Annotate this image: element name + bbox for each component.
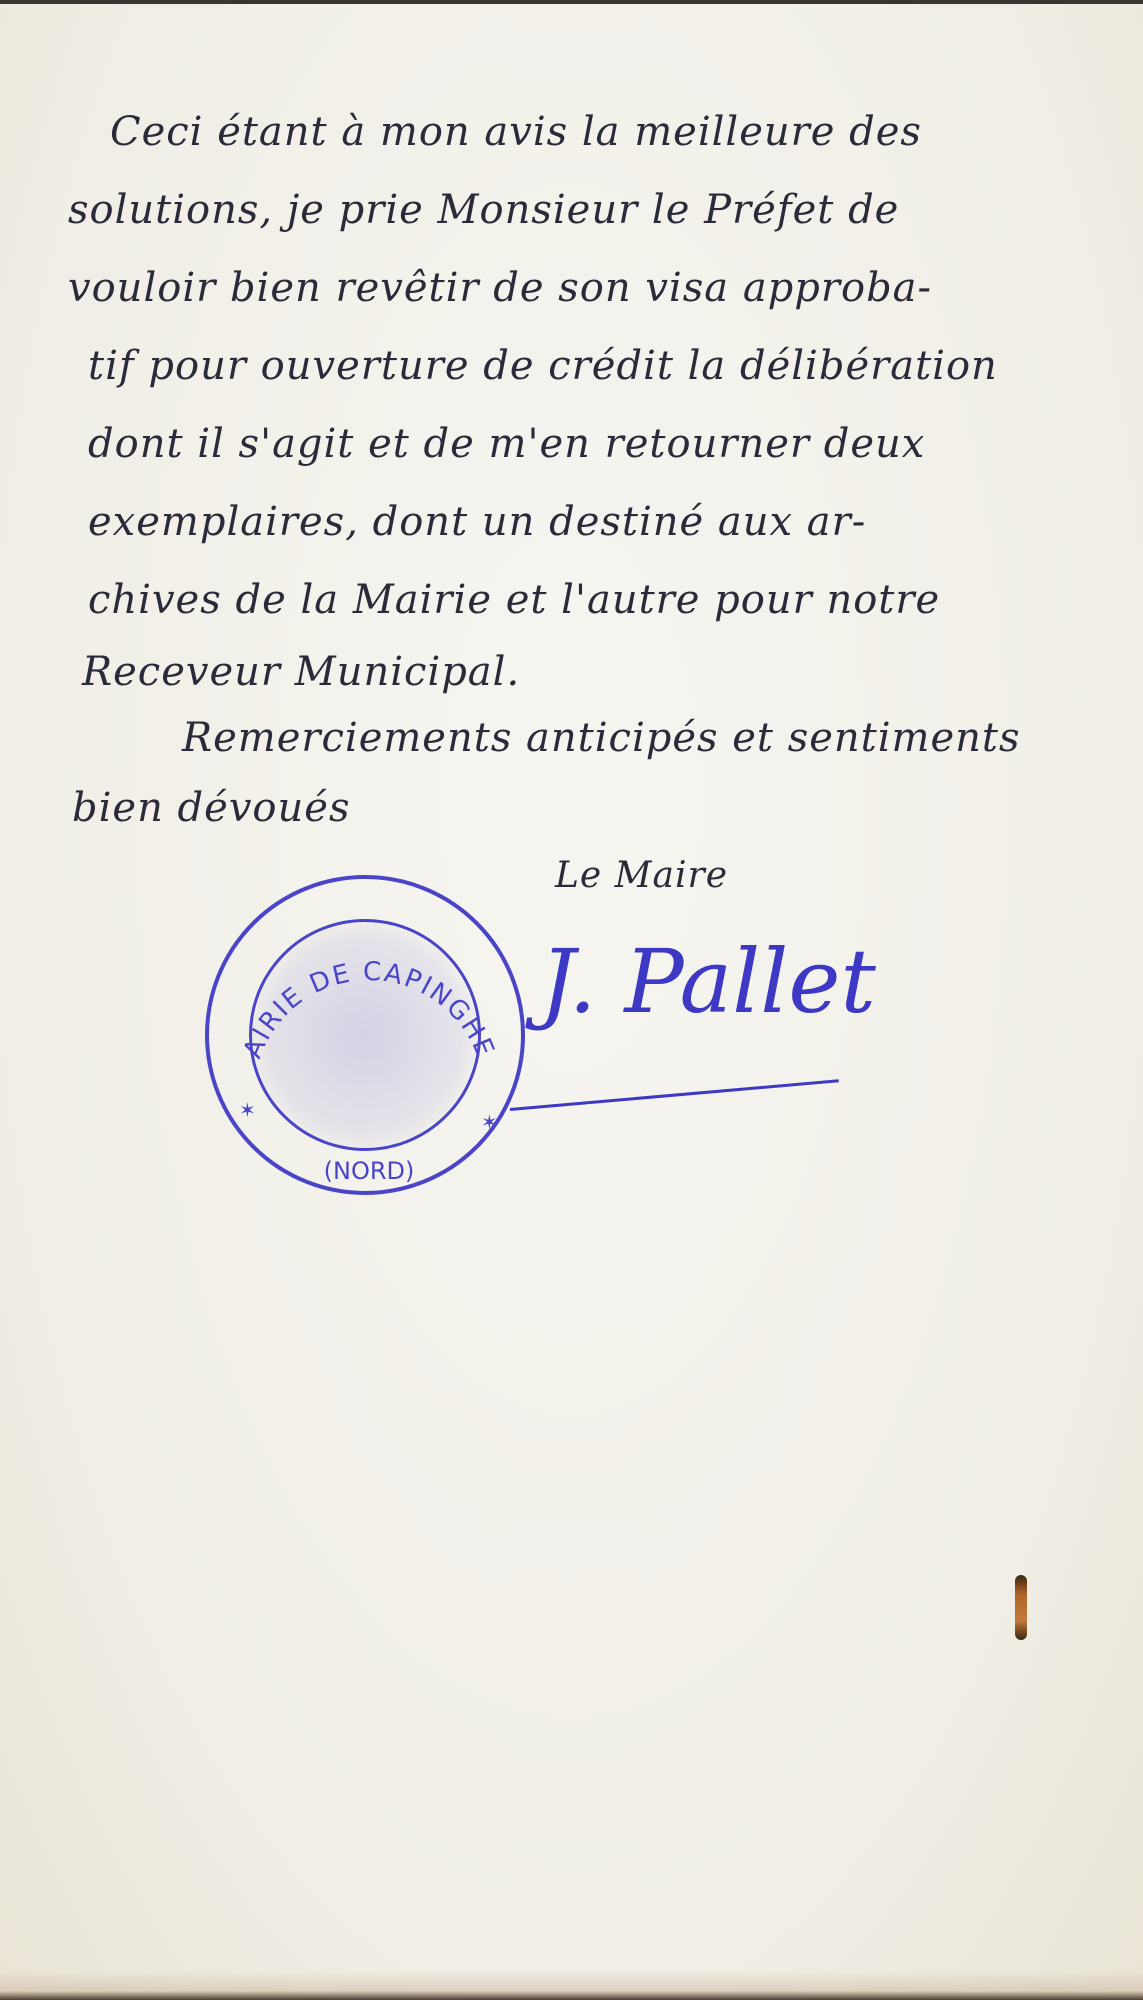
star-icon: ✶: [239, 1098, 256, 1122]
svg-text:MAIRIE DE CAPINGHEM: MAIRIE DE CAPINGHEM: [209, 879, 500, 1063]
letter-line: exemplaires, dont un destiné aux ar-: [88, 502, 866, 542]
closing-line: bien dévoués: [72, 788, 350, 828]
top-edge: [0, 0, 1143, 4]
rust-stain: [1015, 1575, 1027, 1640]
stamp-bottom-text: (NORD): [324, 1157, 415, 1185]
letter-line: vouloir bien revêtir de son visa approba…: [68, 268, 932, 308]
letter-line: Receveur Municipal.: [82, 652, 520, 692]
closing-line: Remerciements anticipés et sentiments: [182, 718, 1021, 758]
letter-line: Ceci étant à mon avis la meilleure des: [110, 112, 922, 152]
star-icon: ✶: [481, 1110, 498, 1134]
stamp-text-ring: MAIRIE DE CAPINGHEM (NORD) ✶ ✶: [209, 879, 529, 1199]
letter-line: tif pour ouverture de crédit la délibéra…: [88, 346, 998, 386]
signature: J. Pallet: [540, 930, 876, 1033]
letter-line: solutions, je prie Monsieur le Préfet de: [68, 190, 899, 230]
stamp-top-text: MAIRIE DE CAPINGHEM: [209, 879, 500, 1063]
bottom-edge: [0, 1970, 1143, 2000]
municipal-stamp: MAIRIE DE CAPINGHEM (NORD) ✶ ✶: [205, 875, 525, 1195]
signatory-title: Le Maire: [555, 858, 728, 894]
letter-line: dont il s'agit et de m'en retourner deux: [88, 424, 925, 464]
letter-line: chives de la Mairie et l'autre pour notr…: [88, 580, 940, 620]
